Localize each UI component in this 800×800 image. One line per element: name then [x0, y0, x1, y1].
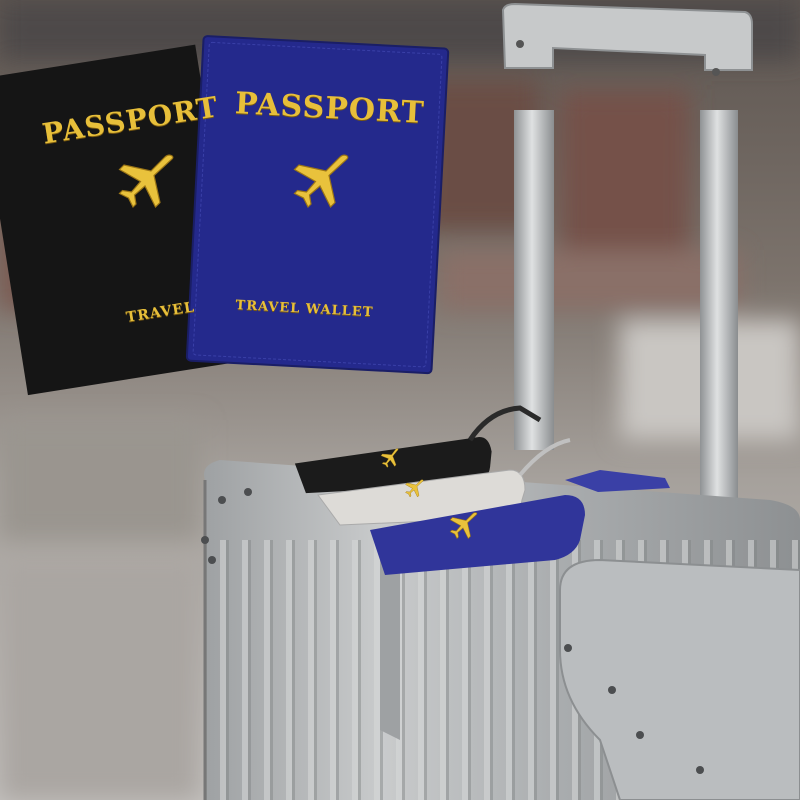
passport-navy: [187, 36, 449, 373]
